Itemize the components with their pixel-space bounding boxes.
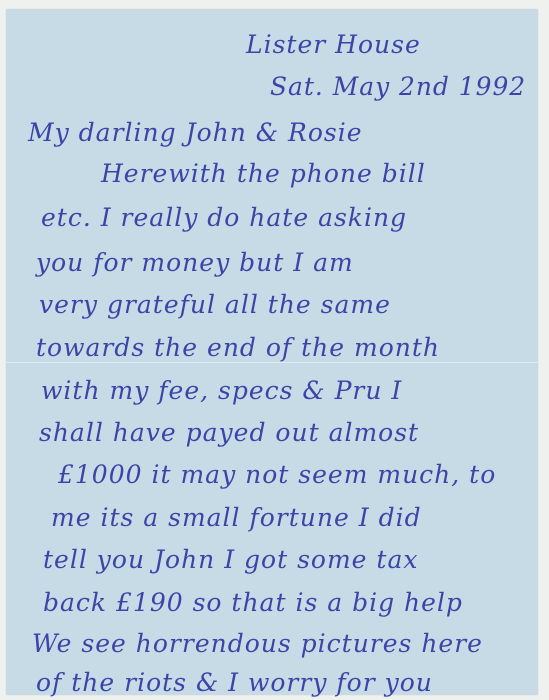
body-line: etc. I really do hate asking xyxy=(41,203,407,232)
body-line: We see horrendous pictures here xyxy=(32,629,483,658)
letter-salutation: My darling John & Rosie xyxy=(28,118,363,147)
body-line: shall have payed out almost xyxy=(39,418,419,447)
body-line: very grateful all the same xyxy=(39,290,391,319)
letter-page: Lister House Sat. May 2nd 1992 My darlin… xyxy=(6,9,538,695)
body-line: Herewith the phone bill xyxy=(101,159,426,188)
body-line: of the riots & I worry for you xyxy=(36,668,433,697)
letter-address: Lister House xyxy=(246,30,421,59)
body-line: with my fee, specs & Pru I xyxy=(41,376,402,405)
letter-date: Sat. May 2nd 1992 xyxy=(270,72,526,101)
body-line: towards the end of the month xyxy=(36,333,440,362)
body-line: £1000 it may not seem much, to xyxy=(58,460,496,489)
body-line: you for money but I am xyxy=(36,248,354,277)
body-line: back £190 so that is a big help xyxy=(43,588,463,617)
body-line: me its a small fortune I did xyxy=(51,503,422,532)
body-line: tell you John I got some tax xyxy=(43,545,418,574)
paper-fold-line xyxy=(6,362,538,363)
